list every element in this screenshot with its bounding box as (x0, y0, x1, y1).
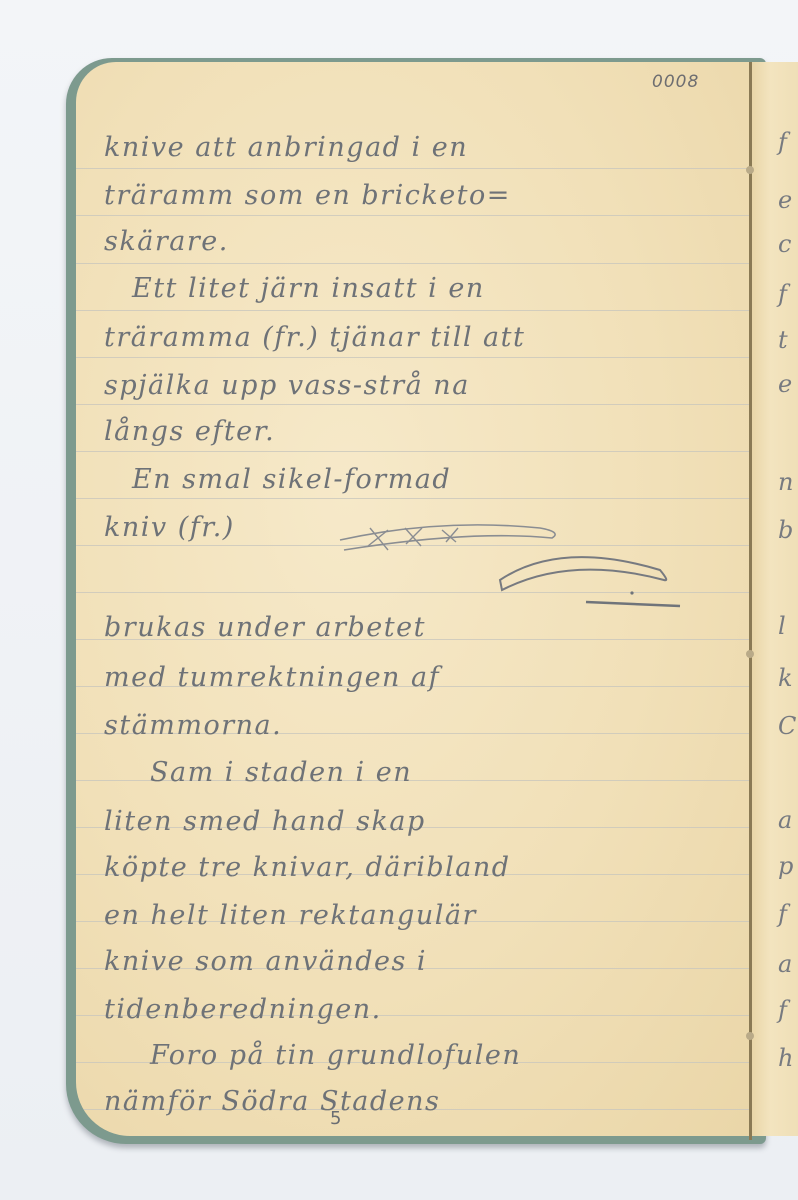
handwritten-line: köpte tre knivar, däribland (104, 852, 744, 883)
ruled-line (76, 451, 752, 452)
page-number: 5 (330, 1108, 341, 1129)
facing-page-fragment: f (778, 996, 798, 1024)
handwritten-line: spjälka upp vass-strå na (104, 370, 744, 401)
handwritten-line: Ett litet järn insatt i en (132, 273, 772, 304)
binding-stitch (746, 1032, 754, 1040)
facing-page-fragment: C (778, 712, 798, 740)
handwritten-line: knive att anbringad i en (104, 132, 744, 163)
ruled-line (76, 168, 752, 169)
ruled-line (76, 310, 752, 311)
handwritten-line: stämmorna. (104, 710, 744, 741)
handwritten-line: träramm som en bricketo= (104, 180, 744, 211)
facing-page-fragment: n (778, 468, 798, 496)
binding-stitch (746, 650, 754, 658)
ruled-line (76, 357, 752, 358)
handwritten-line: skärare. (104, 226, 744, 257)
handwritten-line: med tumrektningen af (104, 662, 744, 693)
handwritten-line: långs efter. (104, 416, 744, 447)
facing-page-fragment: c (778, 230, 798, 258)
facing-page-fragment: a (778, 806, 798, 834)
handwritten-line: Foro på tin grundlofulen (150, 1040, 790, 1071)
facing-page-fragment: h (778, 1044, 798, 1072)
facing-page-fragment: l (778, 612, 798, 640)
facing-page-fragment: f (778, 128, 798, 156)
facing-page-fragment: t (778, 326, 798, 354)
handwritten-line: knive som användes i (104, 946, 744, 977)
handwritten-line: tidenberedningen. (104, 994, 744, 1025)
facing-page-fragment: b (778, 516, 798, 544)
handwritten-line: En smal sikel-formad (132, 464, 772, 495)
facing-page-fragment: f (778, 280, 798, 308)
handwritten-line: Sam i staden i en (150, 757, 790, 788)
binding-gutter (749, 62, 752, 1140)
underline-mark (580, 590, 690, 612)
facing-page-fragment: e (778, 370, 798, 398)
ruled-line (76, 404, 752, 405)
facing-page-fragment: e (778, 186, 798, 214)
facing-page-fragment: f (778, 900, 798, 928)
archive-number: 0008 (652, 72, 699, 92)
handwritten-line: träramma (fr.) tjänar till att (104, 322, 744, 353)
facing-page-fragment: a (778, 950, 798, 978)
facing-page-fragment: k (778, 664, 798, 692)
ruled-line (76, 498, 752, 499)
handwritten-line: liten smed hand skap (104, 806, 744, 837)
handwritten-line: brukas under arbetet (104, 612, 744, 643)
facing-page-fragment: p (778, 852, 798, 880)
handwritten-line: en helt liten rektangulär (104, 900, 744, 931)
ruled-line (76, 263, 752, 264)
ruled-line (76, 215, 752, 216)
binding-stitch (746, 166, 754, 174)
handwritten-line: nämför Södra Stadens (104, 1086, 744, 1117)
